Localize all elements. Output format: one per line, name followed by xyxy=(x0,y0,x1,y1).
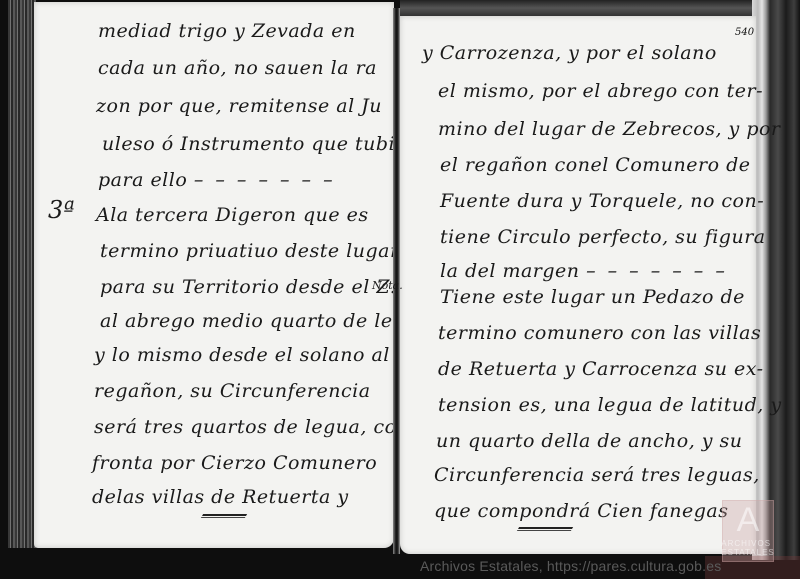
right-line-5: Fuente dura y Torquele, no con- xyxy=(440,190,764,212)
left-dash-fill: – – – – – – – xyxy=(194,169,336,191)
right-line-7: la del margen – – – – – – – xyxy=(440,260,728,282)
archivos-estatales-logo-icon: A ARCHIVOS ESTATALES xyxy=(722,500,774,562)
right-line-4: el regañon conel Comunero de xyxy=(440,154,751,176)
logo-glyph: A xyxy=(737,501,760,539)
right-line-10: de Retuerta y Carrocenza su ex- xyxy=(438,358,764,380)
folio-number: 540 xyxy=(735,27,754,38)
left-line-1: mediad trigo y Zevada en xyxy=(98,20,356,42)
watermark-credit: Archivos Estatales, https://pares.cultur… xyxy=(420,558,721,574)
left-line-6: Ala tercera Digeron que es xyxy=(96,204,369,226)
right-line-11: tension es, una legua de latitud, y xyxy=(438,394,782,416)
right-line-9: termino comunero con las villas xyxy=(438,322,761,344)
left-margin-note: 3ª xyxy=(48,196,75,224)
logo-text: ARCHIVOS ESTATALES xyxy=(721,539,774,557)
right-line-13: Circunferencia será tres leguas, xyxy=(434,464,760,486)
right-margin-note: Nota. xyxy=(372,279,403,292)
left-line-5: para ello – – – – – – – xyxy=(98,169,336,191)
right-line-7-text: la del margen xyxy=(440,260,580,282)
left-line-14: delas villas de Retuerta y xyxy=(92,486,349,508)
left-line-12: será tres quartos de legua, con- xyxy=(94,416,416,438)
right-line-3: mino del lugar de Zebrecos, y por xyxy=(438,118,781,140)
left-line-4: uleso ó Instrumento que tubiere xyxy=(102,133,428,155)
right-line-1: y Carrozenza, y por el solano xyxy=(422,42,717,64)
right-line-14: que compondrá Cien fanegas xyxy=(434,500,728,522)
left-line-7: termino priuatiuo deste lugar con xyxy=(100,240,442,262)
left-line-11: regañon, su Circunferencia xyxy=(94,380,371,402)
left-line-2: cada un año, no sauen la ra xyxy=(98,57,377,79)
left-line-13: fronta por Cierzo Comunero xyxy=(92,452,377,474)
right-dash-fill: – – – – – – – xyxy=(586,260,728,282)
right-line-6: tiene Circulo perfecto, su figura xyxy=(440,226,766,248)
left-end-flourish xyxy=(201,514,247,518)
left-line-5-text: para ello xyxy=(98,169,187,191)
right-line-12: un quarto della de ancho, y su xyxy=(436,430,743,452)
left-line-3: zon por que, remitense al Ju xyxy=(96,95,382,117)
left-line-9: al abrego medio quarto de legua, xyxy=(100,310,436,332)
left-line-8: para su Territorio desde el Z.º xyxy=(100,276,406,298)
right-page: y Carrozenza, y por el solano el mismo, … xyxy=(400,16,756,554)
document-viewer: mediad trigo y Zevada en cada un año, no… xyxy=(0,0,800,579)
right-end-flourish xyxy=(517,527,573,531)
left-line-10: y lo mismo desde el solano al xyxy=(94,344,390,366)
right-line-2: el mismo, por el abrego con ter- xyxy=(438,80,763,102)
left-page: mediad trigo y Zevada en cada un año, no… xyxy=(34,2,394,548)
right-line-8: Tiene este lugar un Pedazo de xyxy=(440,286,745,308)
book-edge-left xyxy=(8,0,36,548)
